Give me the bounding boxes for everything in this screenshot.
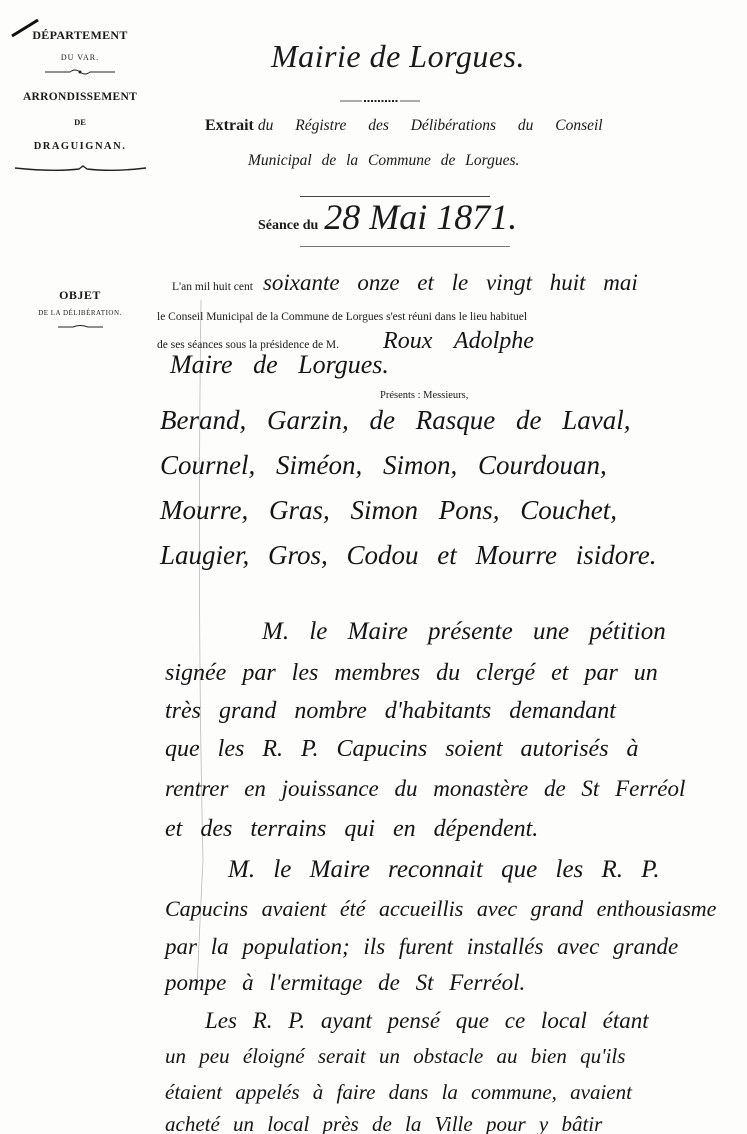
opening-line-2: le Conseil Municipal de la Commune de Lo… — [157, 311, 527, 323]
presents-label: Présents : Messieurs, — [380, 390, 468, 401]
du-var-label: DU VAR. — [10, 53, 150, 62]
margin-header: DÉPARTEMENT DU VAR. ARRONDISSEMENT DE DR… — [10, 28, 150, 179]
paragraph-line: Capucins avaient été accueillis avec gra… — [165, 896, 716, 922]
seance-date: 28 Mai 1871. — [324, 197, 517, 237]
paragraph-line: Les R. P. ayant pensé que ce local étant — [205, 1008, 649, 1034]
present-line: Berand, Garzin, de Rasque de Laval, — [160, 405, 630, 436]
objet-block: OBJET DE LA DÉLIBÉRATION. — [10, 288, 150, 335]
ornament-small-icon — [58, 324, 103, 330]
opening-line-4: Maire de Lorgues. — [170, 350, 389, 380]
extrait-line-2: Municipal de la Commune de Lorgues. — [248, 152, 519, 170]
paragraph-line: que les R. P. Capucins soient autorisés … — [165, 736, 639, 763]
title-divider-icon — [340, 97, 420, 105]
present-line: Cournel, Siméon, Simon, Courdouan, — [160, 450, 607, 481]
paragraph-line: très grand nombre d'habitants demandant — [165, 698, 616, 725]
de-label: DE — [10, 117, 150, 127]
register-page: DÉPARTEMENT DU VAR. ARRONDISSEMENT DE DR… — [0, 0, 747, 1134]
present-line: Mourre, Gras, Simon Pons, Couchet, — [160, 495, 617, 526]
paragraph-line: pompe à l'ermitage de St Ferréol. — [165, 970, 525, 996]
draguignan-label: DRAGUIGNAN. — [10, 141, 150, 152]
swash-rule-icon — [13, 164, 148, 174]
page-title: Mairie de Lorgues. — [268, 38, 528, 75]
present-line: Laugier, Gros, Codou et Mourre isidore. — [160, 540, 657, 571]
seance-heading: Séance du 28 Mai 1871. — [258, 196, 517, 238]
objet-label: OBJET — [10, 288, 150, 303]
paragraph-line: signée par les membres du clergé et par … — [165, 660, 658, 687]
ornament-divider-icon — [45, 68, 115, 76]
paragraph-line: par la population; ils furent installés … — [165, 934, 678, 960]
president-name: Roux Adolphe — [383, 328, 534, 354]
extrait-text: du Régistre des Délibérations du Conseil — [258, 117, 603, 134]
objet-sub-label: DE LA DÉLIBÉRATION. — [10, 309, 150, 317]
paragraph-line: et des terrains qui en dépendent. — [165, 816, 538, 843]
margin-flourish-icon — [195, 300, 205, 990]
department-label: DÉPARTEMENT — [10, 28, 150, 43]
paragraph-line: M. le Maire reconnait que les R. P. — [228, 856, 660, 884]
paragraph-line: M. le Maire présente une pétition — [262, 618, 666, 646]
paragraph-line: étaient appelés à faire dans la commune,… — [165, 1080, 632, 1105]
arrondissement-label: ARRONDISSEMENT — [10, 91, 150, 103]
seance-rule-bottom — [300, 246, 510, 247]
paragraph-line: acheté un local près de la Ville pour y … — [165, 1112, 602, 1134]
extrait-heading: Extrait du Régistre des Délibérations du… — [205, 117, 603, 135]
opening-print: L'an mil huit cent — [172, 281, 253, 293]
paragraph-line: un peu éloigné serait un obstacle au bie… — [165, 1044, 625, 1069]
seance-label: Séance du — [258, 218, 318, 233]
paragraph-line: rentrer en jouissance du monastère de St… — [165, 776, 685, 802]
opening-line-1: L'an mil huit cent soixante onze et le v… — [172, 270, 638, 296]
extrait-label: Extrait — [205, 117, 254, 134]
opening-handwritten: soixante onze et le vingt huit mai — [263, 270, 638, 295]
